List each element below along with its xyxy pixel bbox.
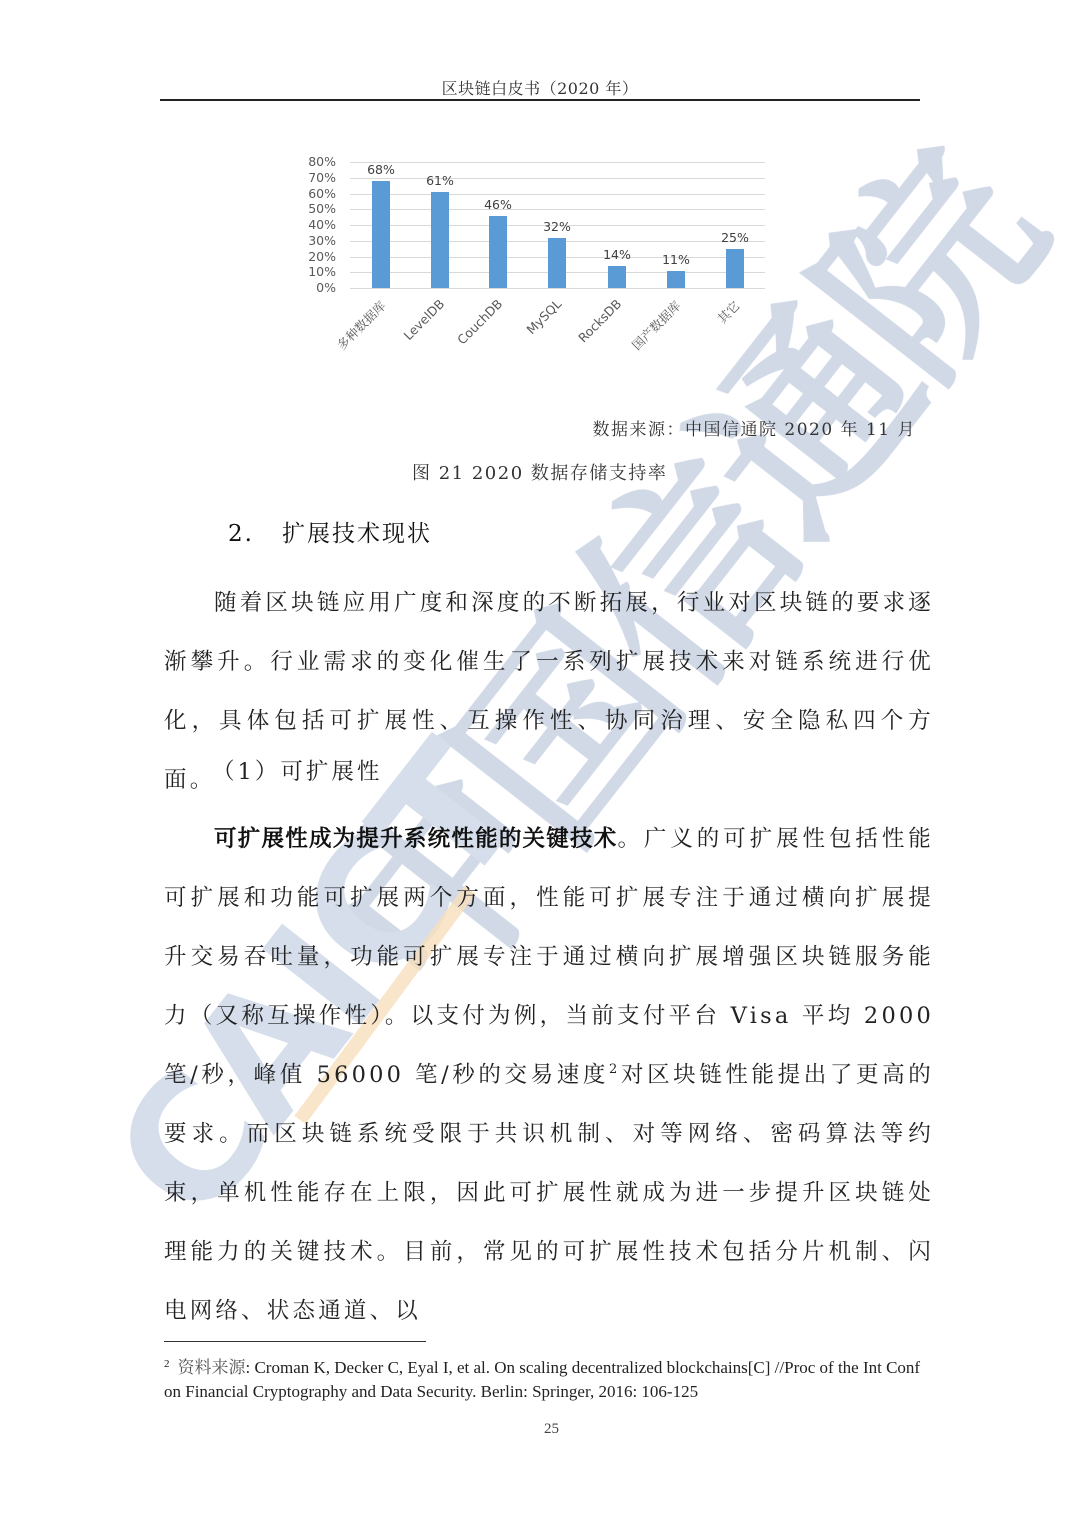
y-tick-label: 70% [300, 171, 336, 185]
bar [667, 271, 685, 288]
y-tick-label: 20% [300, 250, 336, 264]
running-header: 区块链白皮书（2020 年） [0, 76, 1080, 99]
y-tick-label: 60% [300, 187, 336, 201]
gridline [350, 178, 765, 179]
bar-value-label: 32% [532, 219, 582, 234]
bar [489, 216, 507, 288]
bar-chart: 0%10%20%30%40%50%60%70%80%68%多种数据库61%Lev… [300, 150, 780, 390]
y-tick-label: 10% [300, 265, 336, 279]
bar [372, 181, 390, 288]
bar-value-label: 68% [356, 162, 406, 177]
figure-caption: 图 21 2020 数据存储支持率 [412, 459, 667, 485]
bar [548, 238, 566, 288]
figure-source: 数据来源：中国信通院 2020 年 11 月 [592, 415, 916, 440]
paragraph-2-lead: 可扩展性成为提升系统性能的关键技术 [214, 826, 618, 852]
bar-value-label: 46% [473, 197, 523, 212]
paragraph-2-part2: 对区块链性能提出了更高的要求。而区块链系统受限于共识机制、对等网络、密码算法等约… [164, 1062, 934, 1324]
gridline [350, 288, 765, 289]
paragraph-2: 可扩展性成为提升系统性能的关键技术。广义的可扩展性包括性能可扩展和功能可扩展两个… [164, 810, 934, 1341]
y-tick-label: 0% [300, 281, 336, 295]
gridline [350, 194, 765, 195]
footnote-number: 2 [164, 1358, 170, 1370]
bar-value-label: 11% [651, 252, 701, 267]
footnote: 2资料来源: Croman K, Decker C, Eyal I, et al… [164, 1352, 924, 1404]
section-heading: 2.扩展技术现状 [228, 515, 432, 548]
footnote-rule [164, 1341, 426, 1342]
gridline [350, 209, 765, 210]
bar-value-label: 25% [710, 230, 760, 245]
section-title: 扩展技术现状 [282, 521, 432, 547]
bar-value-label: 61% [415, 173, 465, 188]
bar-value-label: 14% [592, 247, 642, 262]
footnote-label: 资料来源 [178, 1358, 246, 1377]
bar [431, 192, 449, 288]
footnote-ref[interactable]: 2 [609, 1062, 620, 1077]
subheading-scalability: （1）可扩展性 [212, 754, 382, 786]
paragraph-2-part1: 。广义的可扩展性包括性能可扩展和功能可扩展两个方面，性能可扩展专注于通过横向扩展… [164, 826, 934, 1088]
y-tick-label: 40% [300, 218, 336, 232]
page-number: 25 [0, 1421, 1080, 1438]
header-rule [160, 99, 920, 101]
y-tick-label: 80% [300, 155, 336, 169]
bar [726, 249, 744, 288]
section-number: 2. [228, 521, 254, 547]
footnote-text: : Croman K, Decker C, Eyal I, et al. On … [164, 1358, 920, 1401]
y-tick-label: 50% [300, 202, 336, 216]
gridline [350, 162, 765, 163]
y-tick-label: 30% [300, 234, 336, 248]
bar [608, 266, 626, 288]
